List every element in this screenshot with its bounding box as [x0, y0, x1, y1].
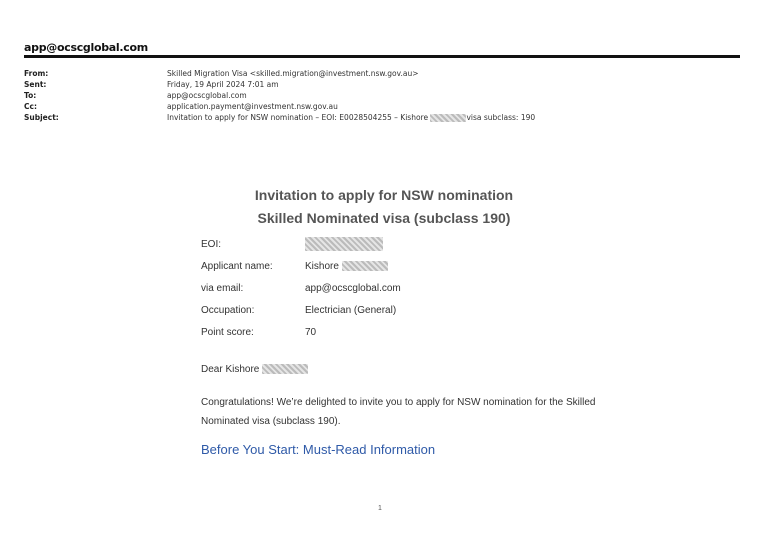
- subject-value: Invitation to apply for NSW nomination –…: [167, 112, 535, 123]
- point-score-value: 70: [305, 322, 316, 344]
- sent-value: Friday, 19 April 2024 7:01 am: [167, 79, 279, 90]
- email-label: via email:: [201, 278, 305, 300]
- subject-label: Subject:: [24, 112, 167, 123]
- email-value: app@ocscglobal.com: [305, 278, 401, 300]
- from-label: From:: [24, 68, 167, 79]
- header-cc: Cc: application.payment@investment.nsw.g…: [24, 101, 535, 112]
- applicant-details: EOI: Applicant name: Kishore via email: …: [201, 234, 401, 344]
- header-divider: [24, 55, 740, 58]
- field-point-score: Point score: 70: [201, 322, 401, 344]
- mailbox-address: app@ocscglobal.com: [24, 41, 148, 54]
- greeting: Dear Kishore: [201, 364, 308, 375]
- cc-value: application.payment@investment.nsw.gov.a…: [167, 101, 338, 112]
- sent-label: Sent:: [24, 79, 167, 90]
- applicant-name-value: Kishore: [305, 256, 388, 278]
- point-score-label: Point score:: [201, 322, 305, 344]
- occupation-label: Occupation:: [201, 300, 305, 322]
- email-header: From: Skilled Migration Visa <skilled.mi…: [24, 68, 535, 123]
- eoi-label: EOI:: [201, 234, 305, 256]
- subject-suffix: visa subclass: 190: [466, 113, 535, 122]
- header-from: From: Skilled Migration Visa <skilled.mi…: [24, 68, 535, 79]
- field-email: via email: app@ocscglobal.com: [201, 278, 401, 300]
- redacted-eoi: [305, 237, 383, 251]
- congratulations-paragraph: Congratulations! We’re delighted to invi…: [201, 393, 621, 431]
- eoi-value: [305, 234, 383, 256]
- applicant-name-label: Applicant name:: [201, 256, 305, 278]
- subject-prefix: Invitation to apply for NSW nomination –…: [167, 113, 428, 122]
- occupation-value: Electrician (General): [305, 300, 396, 322]
- applicant-first-name: Kishore: [305, 261, 339, 272]
- visa-subtitle: Skilled Nominated visa (subclass 190): [0, 210, 768, 226]
- field-applicant-name: Applicant name: Kishore: [201, 256, 401, 278]
- field-eoi: EOI:: [201, 234, 401, 256]
- greeting-text: Dear Kishore: [201, 364, 259, 375]
- header-to: To: app@ocscglobal.com: [24, 90, 535, 101]
- must-read-information-link[interactable]: Before You Start: Must-Read Information: [201, 442, 435, 457]
- header-subject: Subject: Invitation to apply for NSW nom…: [24, 112, 535, 123]
- header-sent: Sent: Friday, 19 April 2024 7:01 am: [24, 79, 535, 90]
- invitation-title: Invitation to apply for NSW nomination: [0, 187, 768, 203]
- field-occupation: Occupation: Electrician (General): [201, 300, 401, 322]
- page-number: 1: [378, 505, 382, 512]
- redacted-surname: [430, 114, 466, 122]
- cc-label: Cc:: [24, 101, 167, 112]
- to-value: app@ocscglobal.com: [167, 90, 247, 101]
- to-label: To:: [24, 90, 167, 101]
- from-value: Skilled Migration Visa <skilled.migratio…: [167, 68, 419, 79]
- redacted-surname: [342, 261, 388, 271]
- redacted-surname: [262, 364, 308, 374]
